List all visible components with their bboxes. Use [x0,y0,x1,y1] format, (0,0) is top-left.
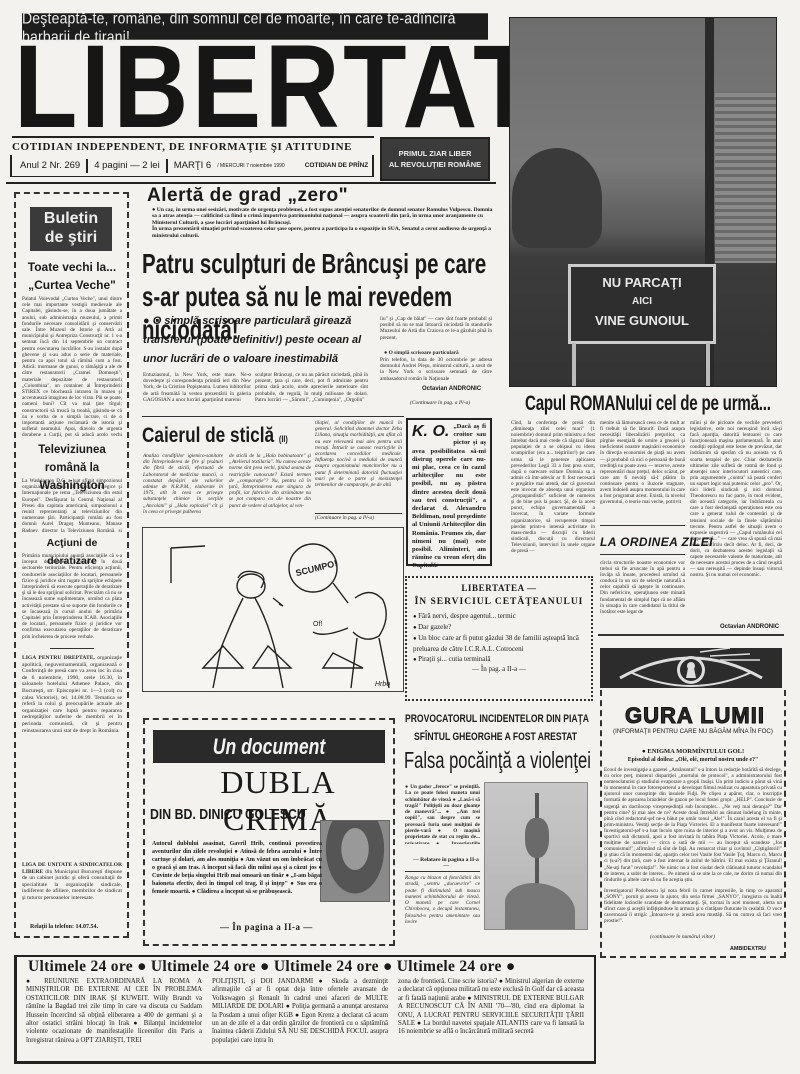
svg-text:Hrbo: Hrbo [375,681,390,688]
ordinea-text: cîrcia structurile noastre economice vor… [600,560,685,632]
newspaper-subtitle: COTIDIAN INDEPENDENT, DE INFORMAŢIE ŞI A… [12,141,374,153]
capul-headline: Capul ROMANului cel de pe urmă... [525,392,714,416]
alerta-paragraph: ● Un caz, în urma unei sesizări, motivat… [152,207,497,226]
gura-episode: Episodul al doilea: „Olé, olé, mortul no… [603,757,783,763]
brancusi-col-3b: Prin telefon, la data de 30 octombrie pe… [380,357,492,382]
newspaper-title: LIBERTATEA [14,38,436,136]
list-item: Un bloc care ar fi putut găzdui 38 de fa… [413,633,585,654]
ko-label: K. O. [412,423,449,441]
svg-text:SCUMPO!: SCUMPO! [295,558,339,578]
bulletin-headline: Toate vechi la... „Curtea Veche" [22,258,122,294]
serviciul-more: — În pag. a II-a — [413,665,585,673]
divider [50,648,94,649]
brancusi-col-2: sculptor Brâncuşi, ce nu au părăsit nici… [255,372,368,417]
building-shape [715,93,777,263]
ko-text: „Dacă aş fi croitor sau pictor şi aş ave… [412,423,486,571]
pages-price: 4 pagini — 2 lei [94,160,159,171]
notice-liga-dreptate: LIGA PENTRU DREPTATE, organizaţie apolit… [22,655,122,773]
edition-label: COTIDIAN DE PRÎNZ [305,162,369,169]
issue-date: / MIERCURI 7 noiembrie 1990 [217,163,285,169]
capul-col-1: Cînd, la conferinţa de presă din „dimine… [511,420,595,554]
provocatorul-summary: ● Un gador „feroce" se preînţilă. La ce … [405,784,480,844]
list-item: Fără nervi, despre agentul... termic [413,611,585,622]
gura-text: Ecoul de investigaţie a gazetei „Amănunt… [604,767,782,887]
sign-text-2: AICI [571,292,713,311]
buletin-label: Buletin de ştiri [30,207,112,251]
provocatorul-more: — Relatare în pagina a II-a — [410,857,482,869]
street-sign-photo: NU PARCAŢI AICI VINE GUNOIUL [509,17,777,387]
cartoon-illustration: SCUMPO! Of! Hrbo [142,527,404,692]
notice-body: organizaţie apolitică, neguvernamentală,… [22,655,122,734]
notice-lead: LIGA PENTRU DREPTATE, [22,655,95,661]
eye-keyhole-logo [600,648,782,688]
list-item: Piraţii şi... cutia terminală [413,654,585,665]
divider [598,634,784,636]
caierul-col-2: de sticlă de la „Hala bobinatoare" şi „A… [229,453,311,515]
bulletin-body: Primăria municipiului anunţă asociaţiile… [22,553,122,643]
provocatorul-kicker-1: PROVOCATORUL INCIDENTELOR DIN PIAŢA [405,713,589,725]
badge-line-1: PRIMUL ZIAR LIBER [382,148,488,159]
tree-shape [512,148,602,248]
provocatorul-kicker-2: SFÎNTUL GHEORGHE A FOST ARESTAT [414,731,577,743]
brancusi-continued: (Continuare în pag. a IV-a) [410,400,470,406]
ultimele-col-1: ● REUNIUNE EXTRAORDINARĂ LA ROMA A MINIŞ… [26,978,202,1045]
sign-text-3: VINE GUNOIUL [571,311,713,330]
woman-portrait-photo [320,820,390,902]
brancusi-author: Octavian ANDRONIC [422,386,481,392]
no-parking-sign: NU PARCAŢI AICI VINE GUNOIUL [568,264,716,344]
brancusi-subhead: ● O simplă scrisoare particulară girează… [143,312,368,369]
notice-liga-sindicate: LIGA DE UNITATE A SINDICATELOR LIBERE di… [22,862,122,922]
divider [600,525,685,526]
caierul-col-3: tilaţiei, al condiţiilor de muncă în gen… [315,420,402,508]
badge-line-2: AL REVOLUŢIEI ROMÂNE [382,159,488,170]
caierul-headline: Caierul de sticlă (II) [142,424,288,448]
falsa-headline: Falsa pocăinţă a violenţei [404,747,591,774]
document-banner: Un document halucinant [153,730,385,763]
ko-box: K. O. „Dacă aş fi croitor sau pictor şi … [406,418,492,566]
gura-lumii-title: GURA LUMII [620,703,770,729]
capul-col-2: menite să lămurească ceea ce de mult ar … [600,420,685,520]
sign-text-1: NU PARCAŢI [571,273,713,292]
notice-contact: Relaţii la telefon: 14.07.54. [30,924,98,930]
ultimele-col-2: POLIŢIŞTI, şi DOI JANDARMI ● Skoda a dez… [212,978,388,1045]
divider [6,182,496,184]
document-text: Autorul dublului asasinat, Gavril Hrib, … [152,840,322,896]
first-free-paper-badge: PRIMUL ZIAR LIBER AL REVOLUŢIEI ROMÂNE [380,137,490,181]
gear-lever-photo [484,782,588,930]
caierul-title: Caierul de sticlă [142,424,274,447]
gura-item-title: ● ENIGMA MORMÎNTULUI GOL! [603,748,783,755]
document-more: — În pagina a II-a — [220,922,313,932]
dinicu-subhead: DIN BD. DINICU GOLESCU [150,806,306,823]
gura-lumii-subtitle: (INFORMAŢII PENTRU CARE NU BĂGĂM MÎNA ÎN… [608,728,779,735]
divider [142,416,404,417]
caierul-part: (II) [279,434,288,444]
issue-info-bar: Anul 2 Nr. 269 4 pagini — 2 lei MARŢI 6 … [10,155,374,177]
gura-text-2: Investigatorul Podobescu îşi nota febril… [604,888,782,934]
svg-text:Of!: Of! [313,621,322,628]
ultimele-col-3: zona de frontieră. Cine scrie istoria? ●… [398,978,584,1037]
cartoon-drawing-icon: SCUMPO! Of! Hrbo [143,528,404,692]
alerta-headline: Alertă de grad „zero" [147,185,348,207]
brancusi-col-3: liu" şi „Cap de băiat" — care sînt foart… [380,316,492,344]
issue-day: MARŢI 6 [174,160,211,171]
bulletin-body: La Washington D.C. a luat sfîrşit simpoz… [22,478,122,532]
serviciul-title-2: ÎN SERVICIUL CETĂŢEANULUI [413,597,585,607]
gura-author: AMBIDEXTRU [730,946,766,952]
brancusi-col-1: Entuziasmul, la New York, este mare. Ne-… [143,372,251,417]
gura-continued: (continuare în numărul viitor) [650,934,715,940]
alerta-paragraph: În urma prezentării situaţiei privind sc… [152,226,497,239]
ultimele-header: Ultimele 24 ore ● Ultimele 24 ore ● Ulti… [28,958,588,976]
serviciul-title-1: LIBERTATEA — [413,583,585,593]
divider [86,159,88,173]
caierul-continued: (Continuare în pag. a IV-a) [315,515,374,521]
capul-author: Octavian ANDRONIC [720,624,779,630]
divider [315,513,402,514]
caierul-col-1: Analiza condiţiilor igienico-sanitare di… [143,453,223,515]
divider [600,554,685,555]
issue-number: Anul 2 Nr. 269 [20,160,80,171]
buletin-label-line-2: de ştiri [30,228,112,247]
alerta-text: ● Un caz, în urma unei sesizări, motivat… [152,207,497,239]
brancusi-col-3-lead: ● O simplă scrisoare particulară [384,350,492,357]
divider [405,871,480,872]
eye-icon [600,648,782,688]
divider [166,159,168,173]
sign-leg [572,343,576,387]
buletin-label-line-1: Buletin [30,209,112,228]
provocatorul-text: Ranga cu blazon al fotorădinii din strad… [405,875,480,933]
serviciul-box: LIBERTATEA — ÎN SERVICIUL CETĂŢEANULUI F… [405,576,593,701]
list-item: Dar gazele? [413,622,585,633]
bulletin-body: Palatul Voievodal „Curtea Veche", unul d… [22,296,122,438]
sign-leg [706,343,710,387]
divider [12,136,374,138]
ordinea-zilei-heading: LA ORDINEA ZILEI [600,535,713,549]
capul-col-3: mîini şi de picioare de vechile preveder… [690,420,782,642]
